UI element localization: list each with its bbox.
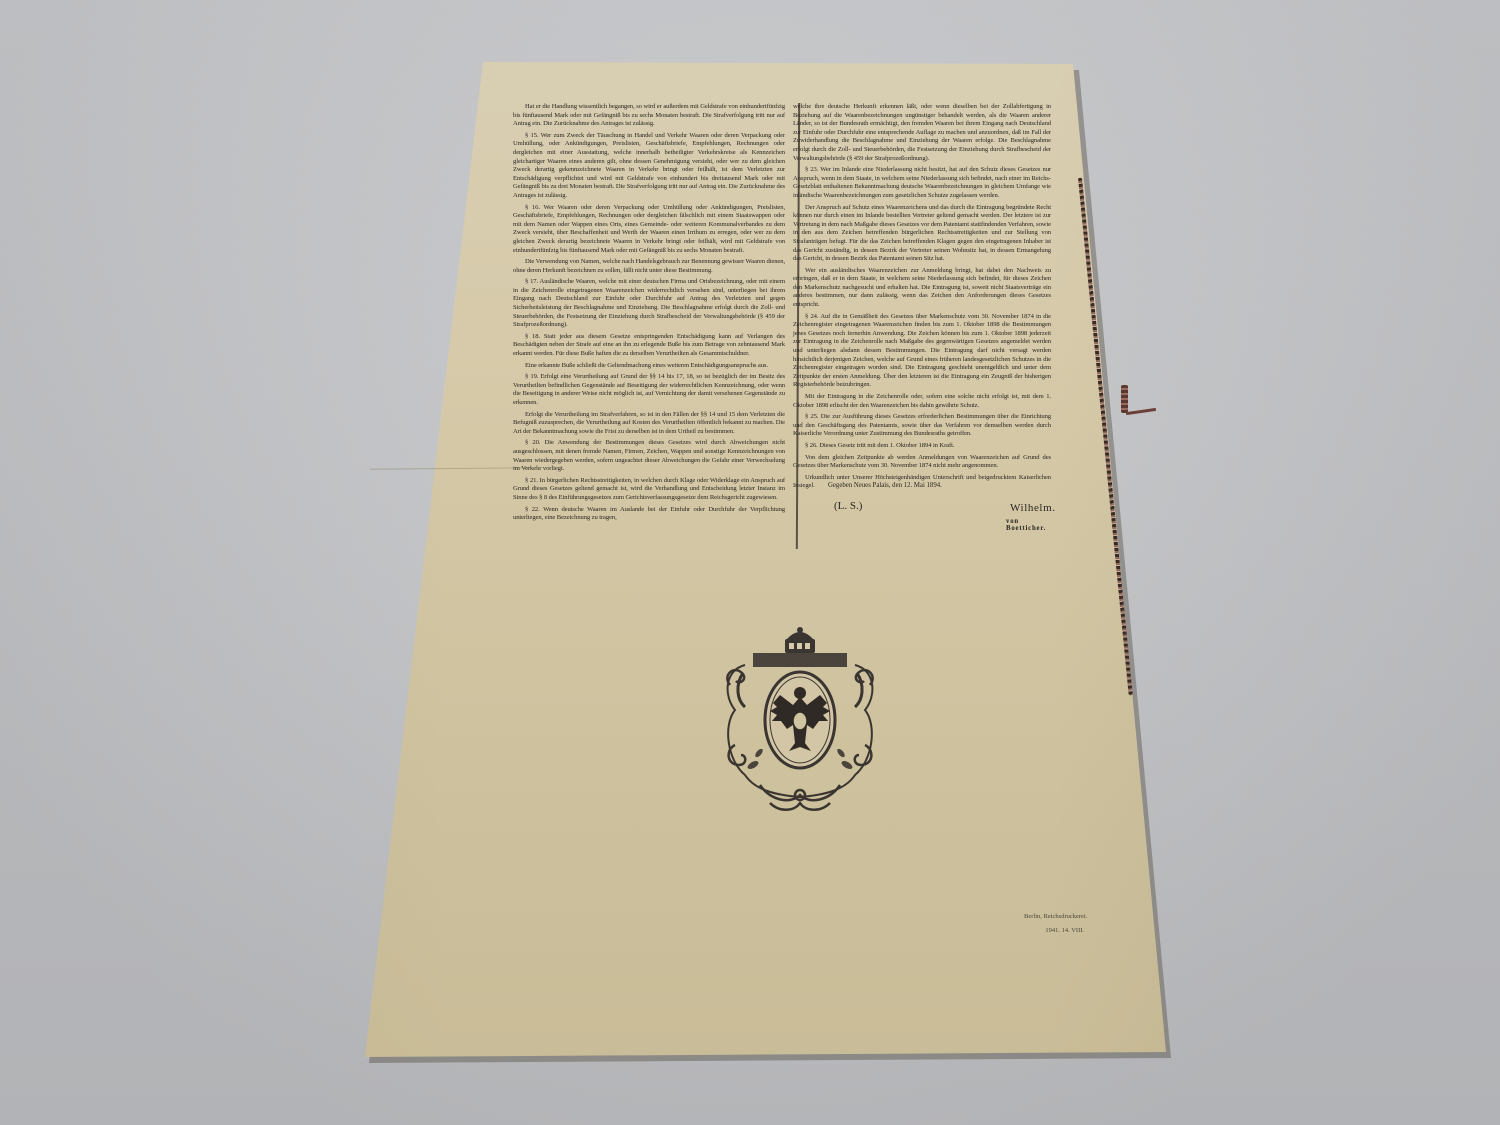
countersigner-name: von Boetticher. [1006,518,1060,532]
paragraph: Mit der Eintragung in die Zeichenrolle o… [793,393,1051,410]
imprint-date-code: 1941. 14. VIII. [1024,927,1087,934]
paragraph: § 26. Dieses Gesetz tritt mit dem 1. Okt… [793,442,1051,451]
paragraph: Erfolgt die Verurtheilung im Strafverfah… [513,411,785,437]
paragraph: Eine erkannte Buße schließt die Geltendm… [513,362,785,371]
paragraph: § 16. Wer Waaren oder deren Verpackung o… [513,204,785,256]
paragraph: § 25. Die zur Ausführung dieses Gesetzes… [793,413,1051,439]
imprint-printer: Berlin, Reichsdruckerei. [1024,913,1087,920]
text-column-left: Hat er die Handlung wissentlich begangen… [513,103,785,526]
paragraph: Die Verwendung von Namen, welche nach Ha… [513,258,785,275]
paragraph: § 22. Wenn deutsche Waaren im Auslande b… [513,506,785,523]
paragraph: § 20. Die Anwendung der Bestimmungen die… [513,439,785,473]
paragraph: § 17. Ausländische Waaren, welche mit ei… [513,278,785,330]
paragraph: § 18. Statt jeder aus diesem Gesetze ent… [513,333,785,359]
binding-cord-tail [1126,408,1156,415]
paragraph: § 21. In bürgerlichen Rechtsstreitigkeit… [513,477,785,503]
paragraph: Von dem gleichen Zeitpunkte ab werden An… [793,454,1051,471]
given-at-line: Gegeben Neues Palais, den 12. Mai 1894. [828,482,942,489]
paragraph: § 19. Erfolgt eine Verurtheilung auf Gru… [513,373,785,407]
imperial-eagle-crest-icon [715,625,885,820]
paragraph: § 15. Wer zum Zweck der Täuschung in Han… [513,132,785,201]
printer-imprint: Berlin, Reichsdruckerei. 1941. 14. VIII. [1024,913,1087,934]
binding-cord-knot [1121,385,1128,413]
paragraph: welche ihre deutsche Herkunft erkennen l… [793,103,1051,163]
signer-name: Wilhelm. [1010,502,1056,514]
paragraph: § 23. Wer im Inlande eine Niederlassung … [793,166,1051,200]
text-column-right: welche ihre deutsche Herkunft erkennen l… [793,103,1051,494]
paragraph: Wer ein ausländisches Waarenzeichen zur … [793,267,1051,310]
paragraph: Der Anspruch auf Schutz eines Waarenzeic… [793,204,1051,264]
seal-mark: (L. S.) [834,500,862,512]
paragraph: Hat er die Handlung wissentlich begangen… [513,103,785,129]
paragraph: § 24. Auf die in Gemäßheit des Gesetzes … [793,313,1051,390]
